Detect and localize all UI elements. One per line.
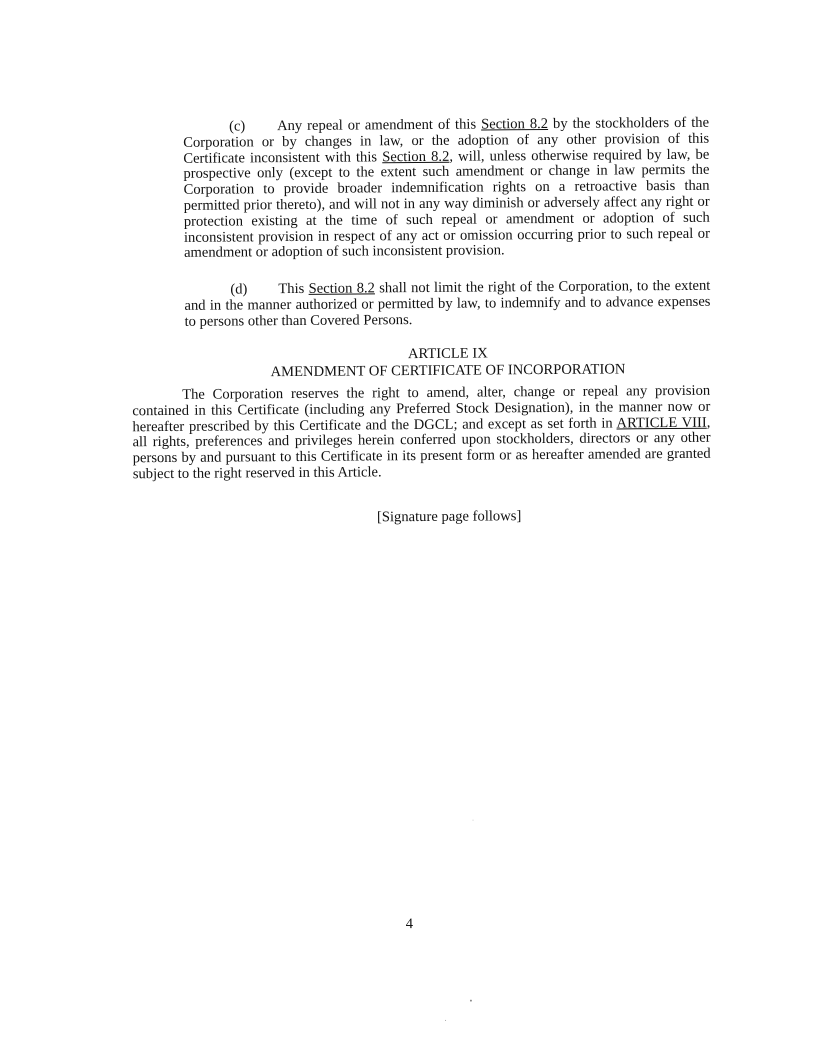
article-reference: ARTICLE VIII	[616, 414, 706, 431]
section-reference: Section 8.2	[481, 116, 548, 133]
scan-speck	[470, 1000, 472, 1002]
paragraph-text: This	[278, 281, 308, 297]
page-number: 4	[189, 914, 629, 934]
document-page: (c)Any repeal or amendment of this Secti…	[0, 0, 819, 1050]
paragraph-label: (d)	[230, 282, 262, 298]
paragraph-article-ix: The Corporation reserves the right to am…	[132, 384, 711, 483]
scan-speck	[473, 820, 474, 821]
article-title: AMENDMENT OF CERTIFICATE OF INCORPORATIO…	[185, 361, 711, 381]
paragraph-label: (c)	[229, 119, 261, 135]
paragraph-c: (c)Any repeal or amendment of this Secti…	[183, 116, 710, 262]
scan-speck	[445, 1020, 446, 1021]
section-reference: Section 8.2	[382, 148, 449, 165]
paragraph-text: Any repeal or amendment of this	[277, 117, 481, 135]
signature-note: [Signature page follows]	[186, 507, 712, 528]
section-reference: Section 8.2	[309, 280, 375, 297]
paragraph-text: shall not limit the right of the Corpora…	[184, 278, 710, 330]
paragraph-d: (d)This Section 8.2 shall not limit the …	[184, 279, 710, 331]
